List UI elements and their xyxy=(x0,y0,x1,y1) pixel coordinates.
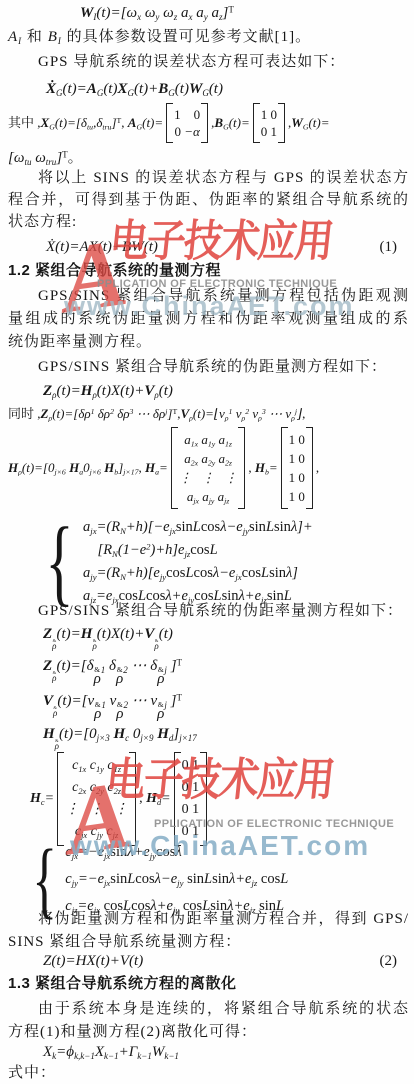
a-line-1: ajx=(RN+h)[−ejxsinLcosλ−ejysinLsinλ]+ xyxy=(83,516,313,539)
Hc-text-1: Hc= xyxy=(30,789,54,809)
equation-1: Ẋ(t)=AX(t)+BW(t) (1) xyxy=(8,237,409,257)
equation-Zrhodot: Z&ρ(t)=H&ρ(t)X(t)+V&ρ(t) xyxy=(8,624,409,651)
matrix-Ha: a1x a1y a1z a2x a2y a2z ⋮ ⋮ ⋮ ajx ajy aj… xyxy=(171,427,246,509)
section-heading-1-2: 1.2 紧组合导航系统的量测方程 xyxy=(8,261,409,281)
qizhong-text-1: 其中 ,XG(t)=[δtu,δtru]T, AG(t)= xyxy=(8,113,163,133)
equation-Hrho: Hρ(t)=[0j×6 Ha0j×6 Hb]j×17, Ha= a1x a1y … xyxy=(8,424,409,512)
left-brace: { xyxy=(45,513,73,611)
paragraph-gps-error: GPS 导航系统的误差状态方程可表达如下： xyxy=(8,52,409,72)
lisan-line-1: 由于系统本身是连续的，将紧组合导航系统的状态 xyxy=(8,998,409,1021)
equation-Hc-Hd: Hc= c1x c1y c1z c2x c2y c2z ⋮ ⋮ ⋮ cjx cj… xyxy=(30,748,409,850)
a-line-2: [RN(1−e2)+h]ejzcosL xyxy=(83,539,313,562)
guance-line-3: 统伪距率量测方程。 xyxy=(8,331,409,354)
paragraph-guance: GPS/SINS 紧组合导航系统量测方程包括伪距观测 量组成的系统伪距量测方程和… xyxy=(8,285,409,354)
equation-qizhong: 其中 ,XG(t)=[δtu,δtru]T, AG(t)= 1 0 0 −α ,… xyxy=(8,100,409,146)
Hrho-text-2: , Hb= xyxy=(248,458,277,478)
equation-Xk: Xk=ϕk,k−1Xk−1+Γk−1Wk−1 xyxy=(8,1042,409,1062)
matrix-AG: 1 0 0 −α xyxy=(166,103,208,143)
equation-2: Z(t)=HX(t)+V(t) (2) xyxy=(8,951,409,971)
merge-line-1: 将以上 SINS 的误差状态方程与 GPS 的误差状态方 xyxy=(8,167,409,189)
equation-number-1: (1) xyxy=(380,237,398,257)
equation-number-2: (2) xyxy=(380,951,398,971)
qizhong-text-2: ,BG(t)= xyxy=(211,113,250,133)
equation-Zrhodot-list: Z&ρ(t)=[δ&ρ1 δ&ρ2 ⋯ δ&ρj ]T xyxy=(8,656,409,686)
equation-Hrhodot: H&ρ(t)=[0j×3 Hc 0j×9 Hd]j×17 xyxy=(8,724,409,751)
system-a-coefficients: { ajx=(RN+h)[−ejxsinLcosλ−ejysinLsinλ]+ … xyxy=(36,513,409,611)
matrix-Hc: c1x c1y c1z c2x c2y c2z ⋮ ⋮ ⋮ cjx cjy cj… xyxy=(57,752,136,846)
paragraph-ruxia-2: GPS/SINS 紧组合导航系统的伪距率量测方程如下： xyxy=(8,601,409,621)
equation-wI: WI(t)=[ωx ωy ωz ax ay az]T xyxy=(8,3,409,23)
section-heading-1-3: 1.3 紧组合导航系统方程的离散化 xyxy=(8,974,409,994)
merge-line-3: 状态方程: xyxy=(8,211,409,233)
paragraph-shizhong: 式中： xyxy=(8,1063,409,1083)
Hrho-text-3: , xyxy=(316,458,319,478)
qizhong-text-3: ,WG(t)= xyxy=(288,113,330,133)
guance-line-1: GPS/SINS 紧组合导航系统量测方程包括伪距观测 xyxy=(8,285,409,308)
equation-wG: [ωtu ωtru]T。 xyxy=(8,148,409,168)
c-line-1: cjx=−ejxsinλ+ejycosλ xyxy=(65,839,288,866)
merge-line-2: 程合并，可得到基于伪距、伪距率的紧组合导航系统的 xyxy=(8,189,409,211)
paragraph-lisan: 由于系统本身是连续的，将紧组合导航系统的状态 方程(1)和量测方程(2)离散化可… xyxy=(8,998,409,1044)
a-line-3: ajy=(RN+h)[ejycosLcosλ−ejxcosLsinλ] xyxy=(83,562,313,585)
c-line-2: cjy=−ejxsinLcosλ−ejy sinLsinλ+ejz cosL xyxy=(65,866,288,893)
Hc-text-2: , Hd= xyxy=(139,789,171,809)
lisan-line-2: 方程(1)和量测方程(2)离散化可得： xyxy=(8,1021,409,1044)
Hrho-text-1: Hρ(t)=[0j×6 Ha0j×6 Hb]j×17, Ha= xyxy=(8,458,168,478)
paragraph-hebing: 将伪距量测方程和伪距率量测方程合并，得到 GPS/ SINS 紧组合导航系统量测… xyxy=(8,908,409,954)
document-page: WI(t)=[ωx ωy ωz ax ay az]T AI 和 BI 的具体参数… xyxy=(0,0,414,1084)
paragraph-refs: AI 和 BI 的具体参数设置可见参考文献[1]。 xyxy=(8,27,409,47)
equation-Vrhodot-list: V&ρ(t)=[v&ρ1 v&ρ2 ⋯ v&ρj ]T xyxy=(8,691,409,721)
matrix-Hb: 1 0 1 0 1 0 1 0 xyxy=(281,427,313,509)
equation-XG: ẊG(t)=AG(t)XG(t)+BG(t)WG(t) xyxy=(8,79,409,99)
paragraph-merge: 将以上 SINS 的误差状态方程与 GPS 的误差状态方 程合并，可得到基于伪距… xyxy=(8,167,409,233)
matrix-BG: 1 0 0 1 xyxy=(253,103,285,143)
guance-line-2: 量组成的系统伪距量测方程和伪距率观测量组成的系 xyxy=(8,308,409,331)
equation-tongshi: 同时 ,Zρ(t)=[δρ1 δρ2 δρ3 ⋯ δρj]T,Vρ(t)=⌊vρ… xyxy=(8,404,409,424)
hebing-line-1: 将伪距量测方程和伪距率量测方程合并，得到 GPS/ xyxy=(8,908,409,931)
paragraph-ruxia-1: GPS/SINS 紧组合导航系统的伪距量测方程如下： xyxy=(8,357,409,377)
equation-Zrho: Zρ(t)=Hρ(t)X(t)+Vρ(t) xyxy=(8,381,409,401)
matrix-Hd: 0 1 0 1 0 1 0 1 xyxy=(174,752,208,846)
